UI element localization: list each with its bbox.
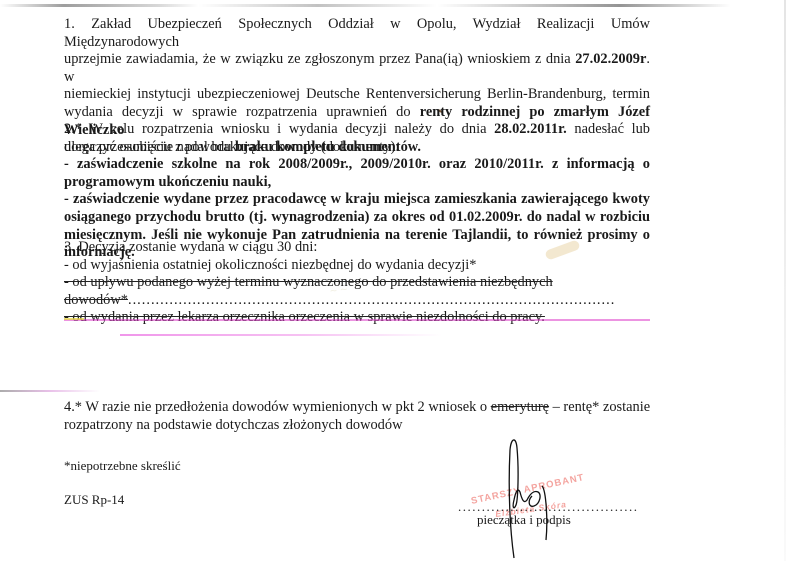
text: – rentę* zostanie — [549, 399, 650, 415]
section-1-line-1: 1. Zakład Ubezpieczeń Społecznych Oddzia… — [64, 16, 650, 51]
submission-deadline: 28.02.2011r. — [494, 121, 567, 137]
decision-option-2-cont: dowodów*................................… — [64, 292, 650, 310]
section-4-line-1: 4.* W razie nie przedłożenia dowodów wym… — [64, 399, 650, 417]
highlight-mark — [64, 318, 84, 320]
section-1-line-3: niemieckiej instytucji ubezpieczeniowej … — [64, 86, 650, 104]
decision-option-3-struck: - od wydania przez lekarza orzecznika or… — [64, 309, 650, 327]
text: uprzejmie zawiadamia, że w związku ze zg… — [64, 51, 575, 67]
section-4: 4.* W razie nie przedłożenia dowodów wym… — [64, 399, 650, 434]
text: nadesłać lub — [567, 121, 650, 137]
section-2-line-1: 2.* W celu rozpatrzenia wniosku i wydani… — [64, 121, 650, 139]
required-doc-school-certificate-cont: programowym ukończeniu nauki, — [64, 174, 650, 192]
scan-edge-right — [784, 0, 786, 561]
section-1-line-2: uprzejmie zawiadamia, że w związku ze zg… — [64, 51, 650, 86]
section-2-line-2: doręczyć osobiście nadal brakujące dowod… — [64, 139, 650, 157]
section-3-heading: 3. Decyzja zostanie wydana w ciągu 30 dn… — [64, 239, 650, 257]
application-date: 27.02.2009r — [575, 51, 646, 67]
section-4-line-2: rozpatrzony na podstawie dotychczas złoż… — [64, 417, 650, 435]
form-code: ZUS Rp-14 — [64, 491, 124, 509]
decision-option-2-struck: - od upływu podanego wyżej terminu wyzna… — [64, 274, 650, 292]
scan-mark-left — [0, 390, 100, 392]
pink-strike-mark — [120, 334, 580, 336]
struck-option-pension: emeryturę — [491, 399, 549, 415]
dotted-line: ........................................… — [128, 292, 615, 308]
text: 2.* W celu rozpatrzenia wniosku i wydani… — [64, 121, 494, 137]
footnote: *niepotrzebne skreślić — [64, 457, 181, 475]
scan-edge-top — [0, 4, 794, 7]
faded-stamp-mark: ~ ~ — [329, 282, 348, 298]
required-doc-school-certificate: - zaświadczenie szkolne na rok 2008/2009… — [64, 156, 650, 174]
handwritten-signature-icon — [500, 430, 560, 560]
text: dowodów* — [64, 292, 128, 308]
section-3: 3. Decyzja zostanie wydana w ciągu 30 dn… — [64, 239, 650, 327]
required-doc-employer-certificate-cont1: osiąganego przychodu brutto (tj. wynagro… — [64, 209, 650, 227]
text: wydania decyzji w sprawie rozpatrzenia u… — [64, 104, 420, 120]
text: 4.* W razie nie przedłożenia dowodów wym… — [64, 399, 491, 415]
decision-option-1: - od wyjaśnienia ostatniej okoliczności … — [64, 257, 650, 275]
required-doc-employer-certificate: - zaświadczenie wydane przez pracodawcę … — [64, 191, 650, 209]
